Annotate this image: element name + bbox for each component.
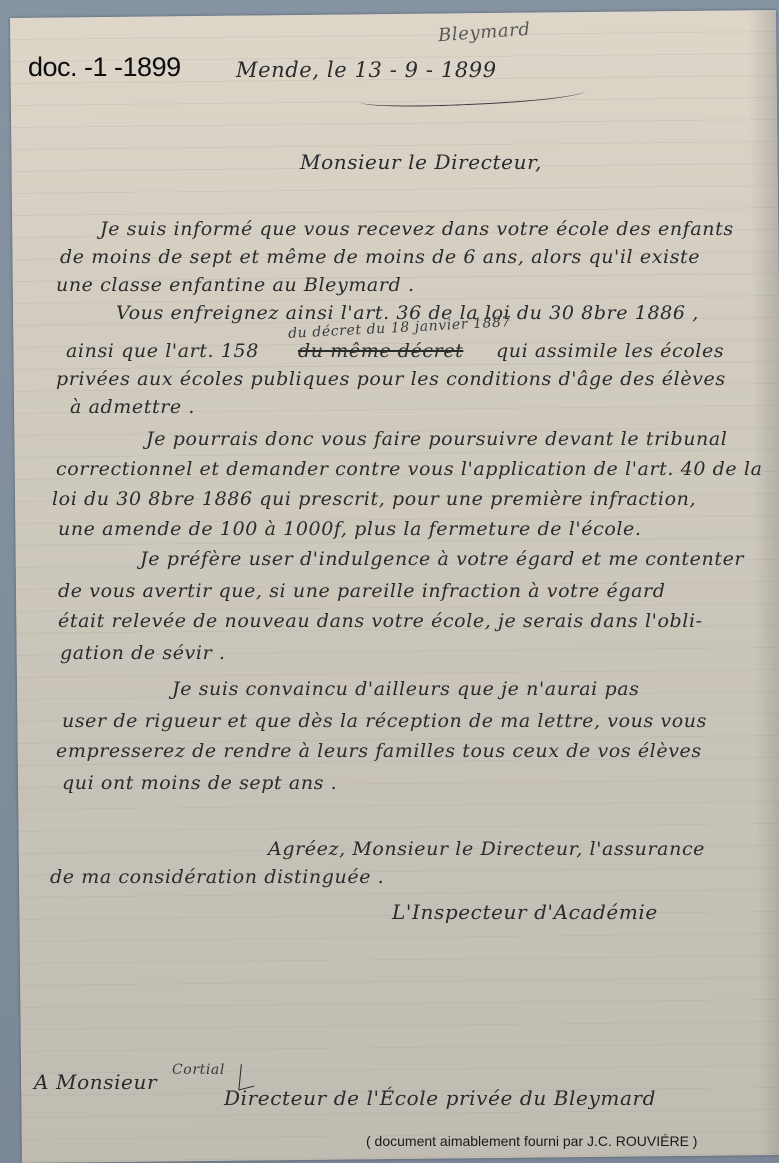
body-line: à admettre . xyxy=(70,396,195,418)
body-line: privées aux écoles publiques pour les co… xyxy=(56,368,726,390)
body-line: loi du 30 8bre 1886 qui prescrit, pour u… xyxy=(52,488,696,510)
body-line: empresserez de rendre à leurs familles t… xyxy=(56,740,702,762)
body-line: de vous avertir que, si une pareille inf… xyxy=(58,580,666,602)
body-line: gation de sévir . xyxy=(60,642,226,664)
document-id-label: doc. -1 -1899 xyxy=(28,52,181,83)
salutation: Monsieur le Directeur, xyxy=(300,150,542,174)
body-line: qui ont moins de sept ans . xyxy=(62,772,337,794)
address-prefix: A Monsieur xyxy=(34,1070,157,1094)
body-line: une amende de 100 à 1000f, plus la ferme… xyxy=(58,518,642,540)
place-date: Mende, le 13 - 9 - 1899 xyxy=(236,58,497,82)
address-insert: Cortial xyxy=(172,1062,225,1078)
body-line: correctionnel et demander contre vous l'… xyxy=(56,458,763,480)
body-line: Je suis convaincu d'ailleurs que je n'au… xyxy=(172,678,640,700)
signature: L'Inspecteur d'Académie xyxy=(392,900,658,924)
credit-caption: ( document aimablement fourni par J.C. R… xyxy=(366,1133,697,1149)
closing-line: Agréez, Monsieur le Directeur, l'assuran… xyxy=(268,838,705,860)
body-line: user de rigueur et que dès la réception … xyxy=(62,710,707,732)
address-rest: Directeur de l'École privée du Bleymard xyxy=(224,1086,656,1110)
body-line: Je préfère user d'indulgence à votre éga… xyxy=(140,548,744,570)
body-line: ainsi que l'art. 158 xyxy=(66,340,259,362)
struck-text: du même décret xyxy=(298,340,463,362)
body-line: était relevée de nouveau dans votre écol… xyxy=(58,610,703,632)
closing-line: de ma considération distinguée . xyxy=(50,866,384,888)
body-line: Je pourrais donc vous faire poursuivre d… xyxy=(146,428,727,450)
body-line: une classe enfantine au Bleymard . xyxy=(56,274,415,296)
body-line: Je suis informé que vous recevez dans vo… xyxy=(100,218,734,240)
body-line: qui assimile les écoles xyxy=(496,340,724,362)
body-line: de moins de sept et même de moins de 6 a… xyxy=(60,246,700,268)
